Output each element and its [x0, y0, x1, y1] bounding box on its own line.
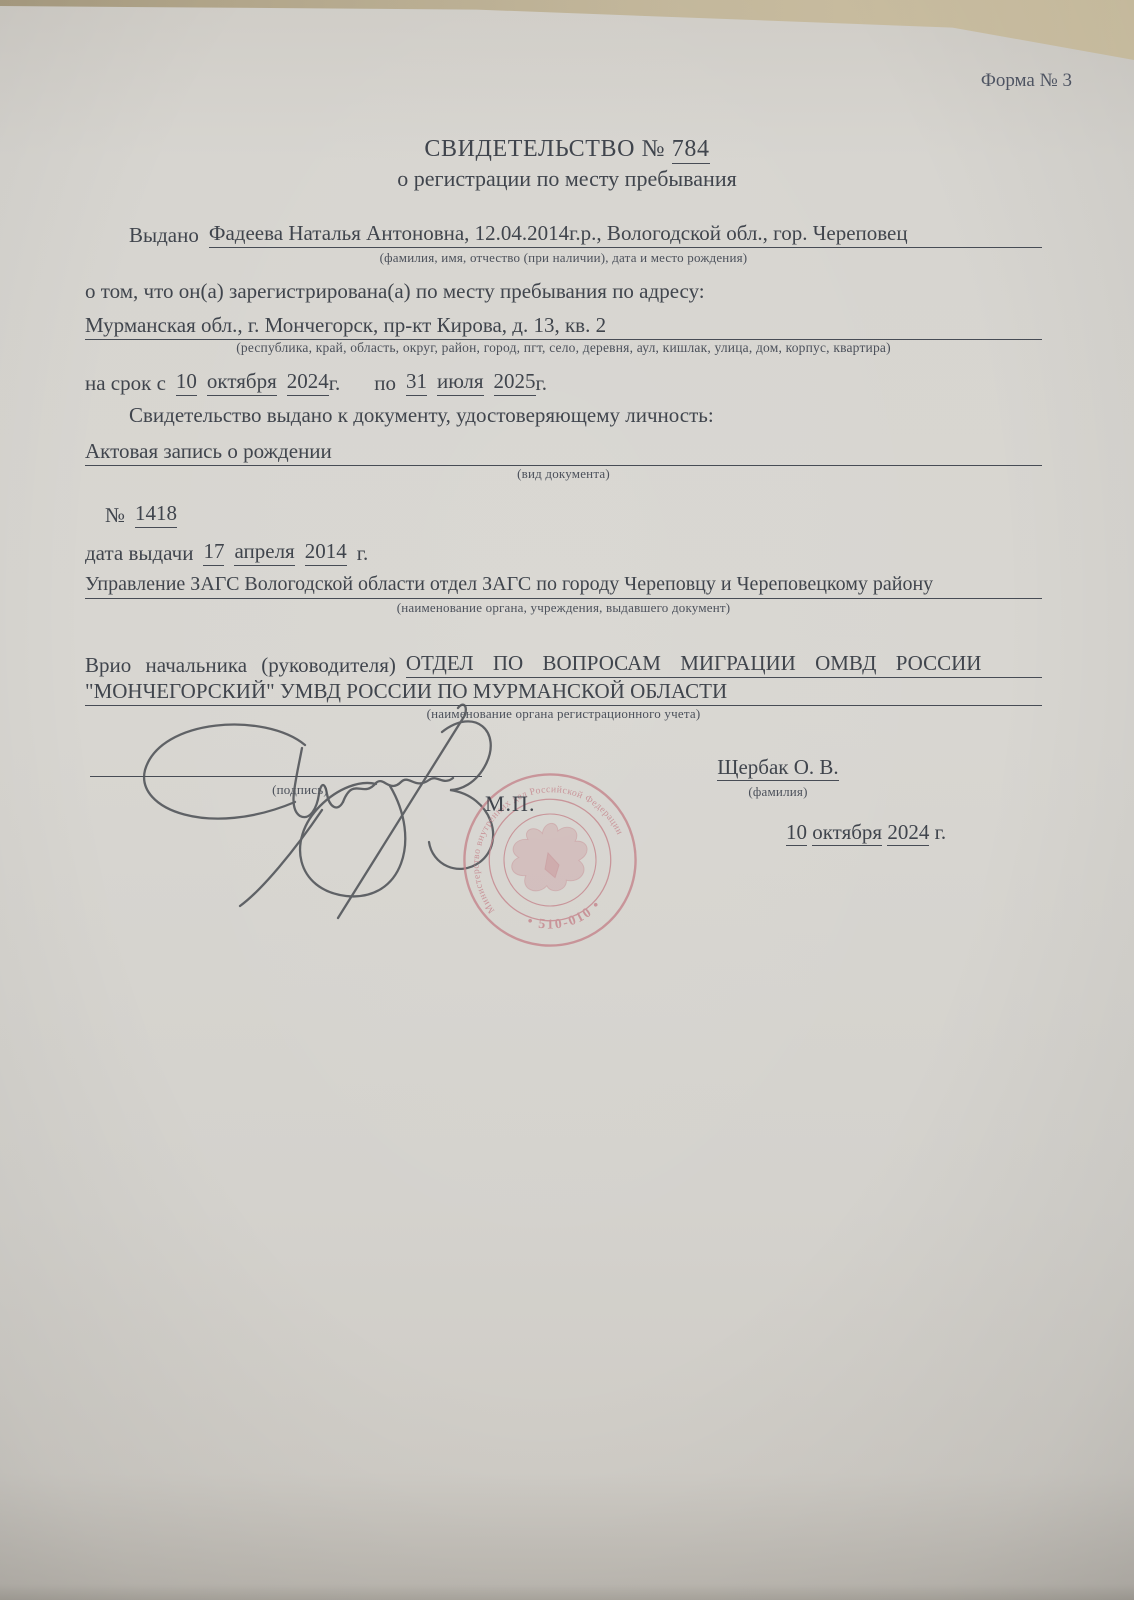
document-number-label: №	[105, 502, 125, 528]
period-from-year: 2024	[287, 368, 329, 396]
document-type: Актовая запись о рождении	[85, 438, 332, 466]
issue-year: 2014	[305, 538, 347, 566]
authority-name-line1: ОТДЕЛ ПО ВОПРОСАМ МИГРАЦИИ ОМВД РОССИИ	[406, 650, 982, 678]
photographed-document: Форма № 3 СВИДЕТЕЛЬСТВО № 784 о регистра…	[0, 0, 1134, 1600]
issue-date-row: дата выдачи 17 апреля 2014 г.	[85, 538, 1042, 566]
authority-row-1: Врио начальника (руководителя) ОТДЕЛ ПО …	[85, 650, 1042, 678]
background-desk-edge	[0, 0, 1134, 60]
stamp-date-month: октября	[812, 820, 882, 846]
issued-value: Фадеева Наталья Антоновна, 12.04.2014г.р…	[209, 220, 908, 248]
issued-row: Выдано Фадеева Наталья Антоновна, 12.04.…	[85, 220, 1042, 248]
issue-day: 17	[203, 538, 224, 566]
period-row: на срок с 10 октября 2024 г. по 31 июля …	[85, 368, 1042, 396]
title-prefix: СВИДЕТЕЛЬСТВО №	[424, 136, 665, 162]
period-from-day: 10	[176, 368, 197, 396]
document-title: СВИДЕТЕЛЬСТВО № 784	[0, 136, 1134, 163]
rule-line	[933, 593, 1042, 599]
period-to-suffix: г.	[536, 370, 548, 396]
period-from-suffix: г.	[329, 370, 341, 396]
identity-intro: Свидетельство выдано к документу, удосто…	[85, 402, 1042, 428]
surname-block: Щербак О. В. (фамилия)	[668, 755, 888, 800]
stamp-date-suffix: г.	[935, 820, 947, 844]
issuer-name: Управление ЗАГС Вологодской области отде…	[85, 572, 933, 599]
certificate-number: 784	[672, 136, 710, 164]
stamp-date-year: 2024	[887, 820, 929, 846]
issuer-row: Управление ЗАГС Вологодской области отде…	[85, 572, 1042, 599]
address-row: Мурманская обл., г. Мончегорск, пр-кт Ки…	[85, 312, 1042, 340]
document-type-row: Актовая запись о рождении	[85, 438, 1042, 466]
document-type-caption: (вид документа)	[85, 466, 1042, 482]
period-from-month: октября	[207, 368, 277, 396]
surname-caption: (фамилия)	[668, 784, 888, 800]
issue-date-label: дата выдачи	[85, 540, 193, 566]
rule-line	[908, 242, 1042, 248]
form-number-label: Форма № 3	[981, 70, 1072, 92]
issue-stamp-date: 10 октября 2024 г.	[786, 820, 946, 845]
period-to-day: 31	[406, 368, 427, 396]
issue-suffix: г.	[357, 540, 369, 566]
official-title: Врио начальника (руководителя)	[85, 652, 396, 678]
issue-month: апреля	[234, 538, 294, 566]
address-caption: (республика, край, область, округ, район…	[85, 340, 1042, 357]
period-to-label: по	[374, 370, 396, 396]
stamp-date-day: 10	[786, 820, 807, 846]
document-number: 1418	[135, 500, 177, 528]
official-surname: Щербак О. В.	[717, 755, 838, 781]
document-subtitle: о регистрации по месту пребывания	[0, 166, 1134, 192]
address-value: Мурманская обл., г. Мончегорск, пр-кт Ки…	[85, 312, 606, 340]
period-to-year: 2025	[494, 368, 536, 396]
issuer-caption: (наименование органа, учреждения, выдавш…	[85, 600, 1042, 616]
seal-place-label: М.П.	[485, 791, 535, 817]
document-number-row: № 1418	[85, 500, 1042, 528]
registered-line: о том, что он(а) зарегистрирована(а) по …	[85, 278, 1042, 304]
issued-caption: (фамилия, имя, отчество (при наличии), д…	[85, 250, 1042, 266]
period-to-month: июля	[437, 368, 484, 396]
period-prefix: на срок с	[85, 370, 166, 396]
issued-label: Выдано	[129, 222, 199, 248]
